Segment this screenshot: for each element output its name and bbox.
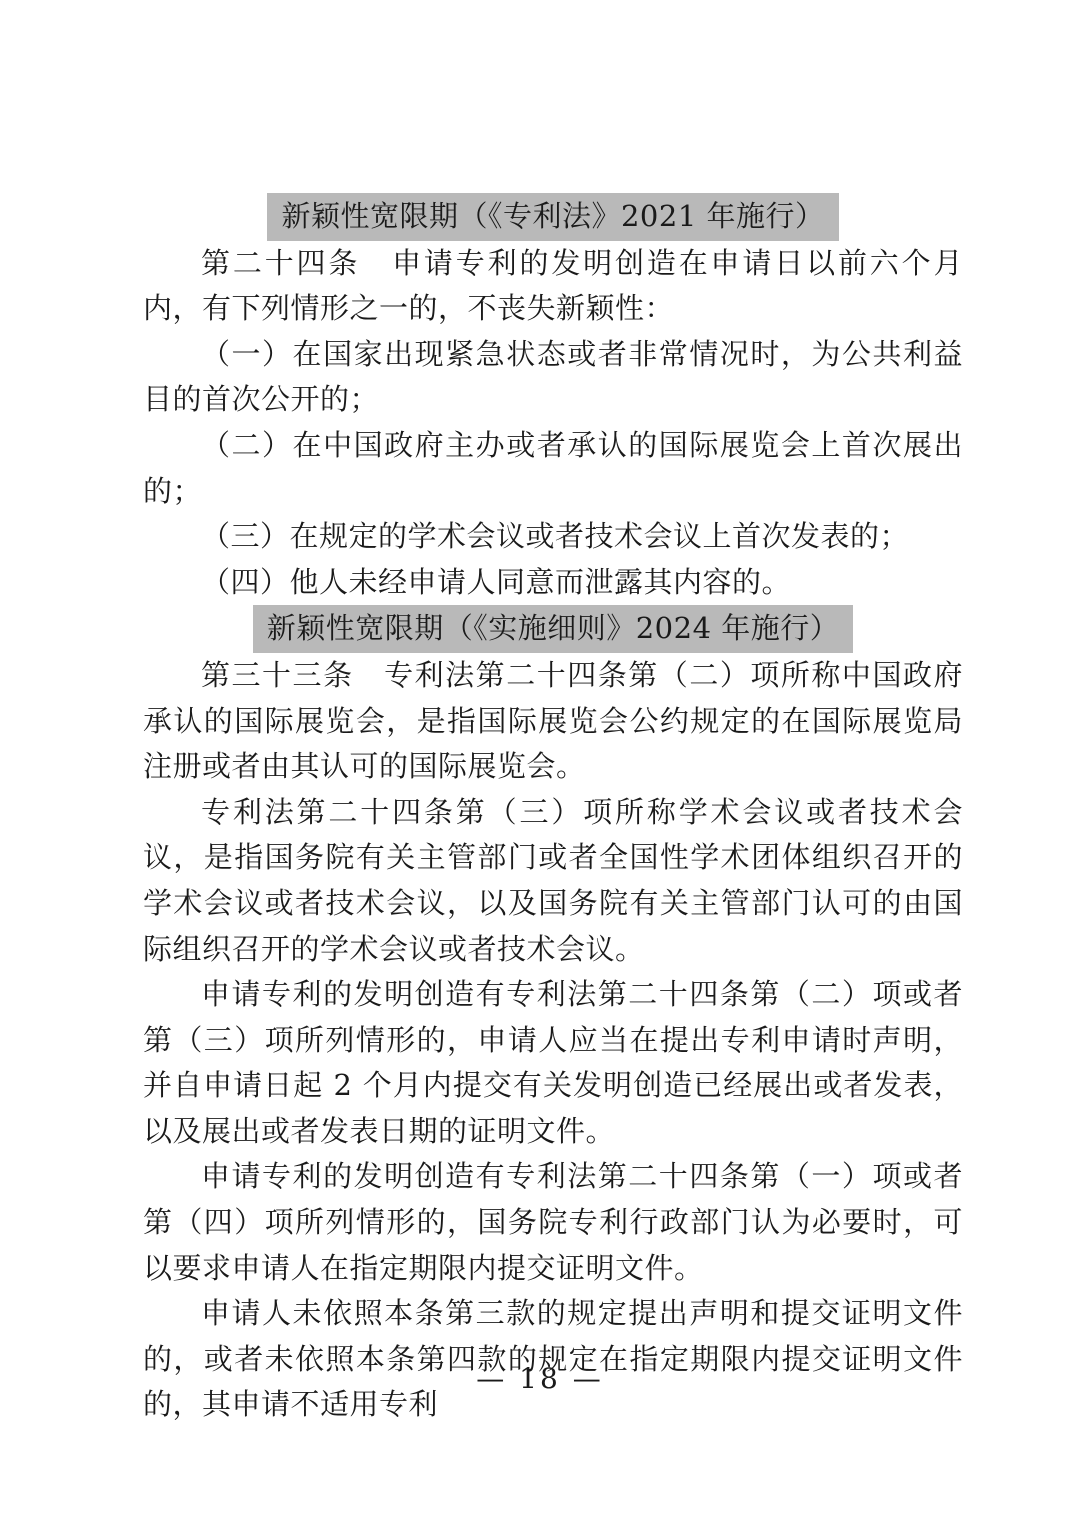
paragraph: 第三十三条 专利法第二十四条第（二）项所称中国政府承认的国际展览会，是指国际展览…: [143, 653, 963, 790]
section-1-heading-row: 新颖性宽限期（《专利法》2021 年施行）: [143, 193, 963, 241]
section-1-heading: 新颖性宽限期（《专利法》2021 年施行）: [267, 193, 838, 241]
paragraph: （三）在规定的学术会议或者技术会议上首次发表的；: [143, 514, 963, 560]
paragraph: （二）在中国政府主办或者承认的国际展览会上首次展出的；: [143, 423, 963, 514]
paragraph: 申请专利的发明创造有专利法第二十四条第（一）项或者第（四）项所列情形的，国务院专…: [143, 1154, 963, 1291]
paragraph: 专利法第二十四条第（三）项所称学术会议或者技术会议，是指国务院有关主管部门或者全…: [143, 790, 963, 972]
section-2-heading-row: 新颖性宽限期（《实施细则》2024 年施行）: [143, 605, 963, 653]
paragraph: 申请专利的发明创造有专利法第二十四条第（二）项或者第（三）项所列情形的，申请人应…: [143, 972, 963, 1154]
paragraph: （一）在国家出现紧急状态或者非常情况时，为公共利益目的首次公开的；: [143, 332, 963, 423]
paragraph: 第二十四条 申请专利的发明创造在申请日以前六个月内，有下列情形之一的，不丧失新颖…: [143, 241, 963, 332]
section-2-heading: 新颖性宽限期（《实施细则》2024 年施行）: [253, 605, 854, 653]
paragraph: 申请人未依照本条第三款的规定提出声明和提交证明文件的，或者未依照本条第四款的规定…: [143, 1291, 963, 1428]
document-page: 新颖性宽限期（《专利法》2021 年施行） 第二十四条 申请专利的发明创造在申请…: [0, 0, 1080, 1527]
page-number: — 18 —: [0, 1362, 1080, 1395]
page-content: 新颖性宽限期（《专利法》2021 年施行） 第二十四条 申请专利的发明创造在申请…: [143, 193, 963, 1428]
paragraph: （四）他人未经申请人同意而泄露其内容的。: [143, 560, 963, 606]
